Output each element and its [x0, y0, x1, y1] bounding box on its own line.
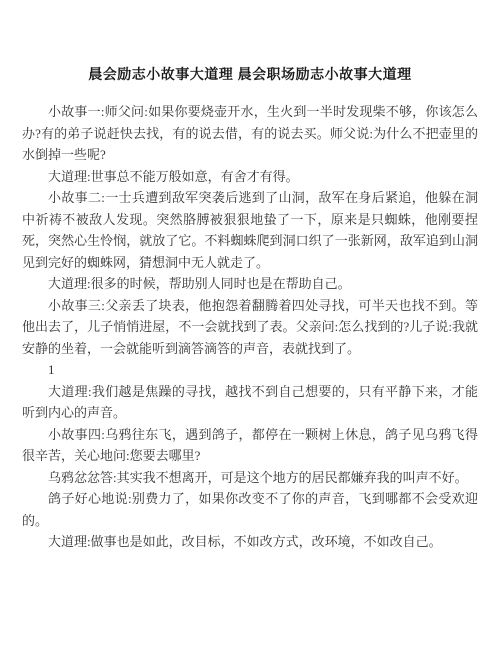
paragraph: 小故事三:父亲丢了块表，他抱怨着翻腾着四处寻找，可半天也找不到。等他出去了，儿子… [22, 295, 478, 360]
paragraph: 小故事四:乌鸦往东飞，遇到鸽子，都停在一颗树上休息，鸽子见乌鸦飞得很辛苦，关心地… [22, 424, 478, 467]
paragraph: 小故事二:一士兵遭到敌军突袭后逃到了山洞，敌军在身后紧追，他躲在洞中祈祷不被敌人… [22, 187, 478, 273]
document-page: 晨会励志小故事大道理 晨会职场励志小故事大道理 小故事一:师父问:如果你要烧壶开… [0, 0, 500, 646]
paragraph: 大道理:我们越是焦躁的寻找，越找不到自己想要的，只有平静下来，才能听到内心的声音… [22, 381, 478, 424]
paragraph: 大道理:世事总不能万般如意，有舍才有得。 [22, 166, 478, 188]
paragraph: 鸽子好心地说:别费力了，如果你改变不了你的声音，飞到哪都不会受欢迎的。 [22, 488, 478, 531]
document-title: 晨会励志小故事大道理 晨会职场励志小故事大道理 [0, 0, 500, 84]
document-body: 小故事一:师父问:如果你要烧壶开水，生火到一半时发现柴不够，你该怎么办?有的弟子… [22, 101, 478, 553]
paragraph: 小故事一:师父问:如果你要烧壶开水，生火到一半时发现柴不够，你该怎么办?有的弟子… [22, 101, 478, 166]
paragraph: 大道理:做事也是如此，改目标，不如改方式，改环境，不如改自己。 [22, 531, 478, 553]
paragraph: 乌鸦忿忿答:其实我不想离开，可是这个地方的居民都嫌弃我的叫声不好。 [22, 467, 478, 489]
paragraph: 大道理:很多的时候，帮助别人同时也是在帮助自己。 [22, 273, 478, 295]
paragraph: 1 [22, 359, 478, 381]
